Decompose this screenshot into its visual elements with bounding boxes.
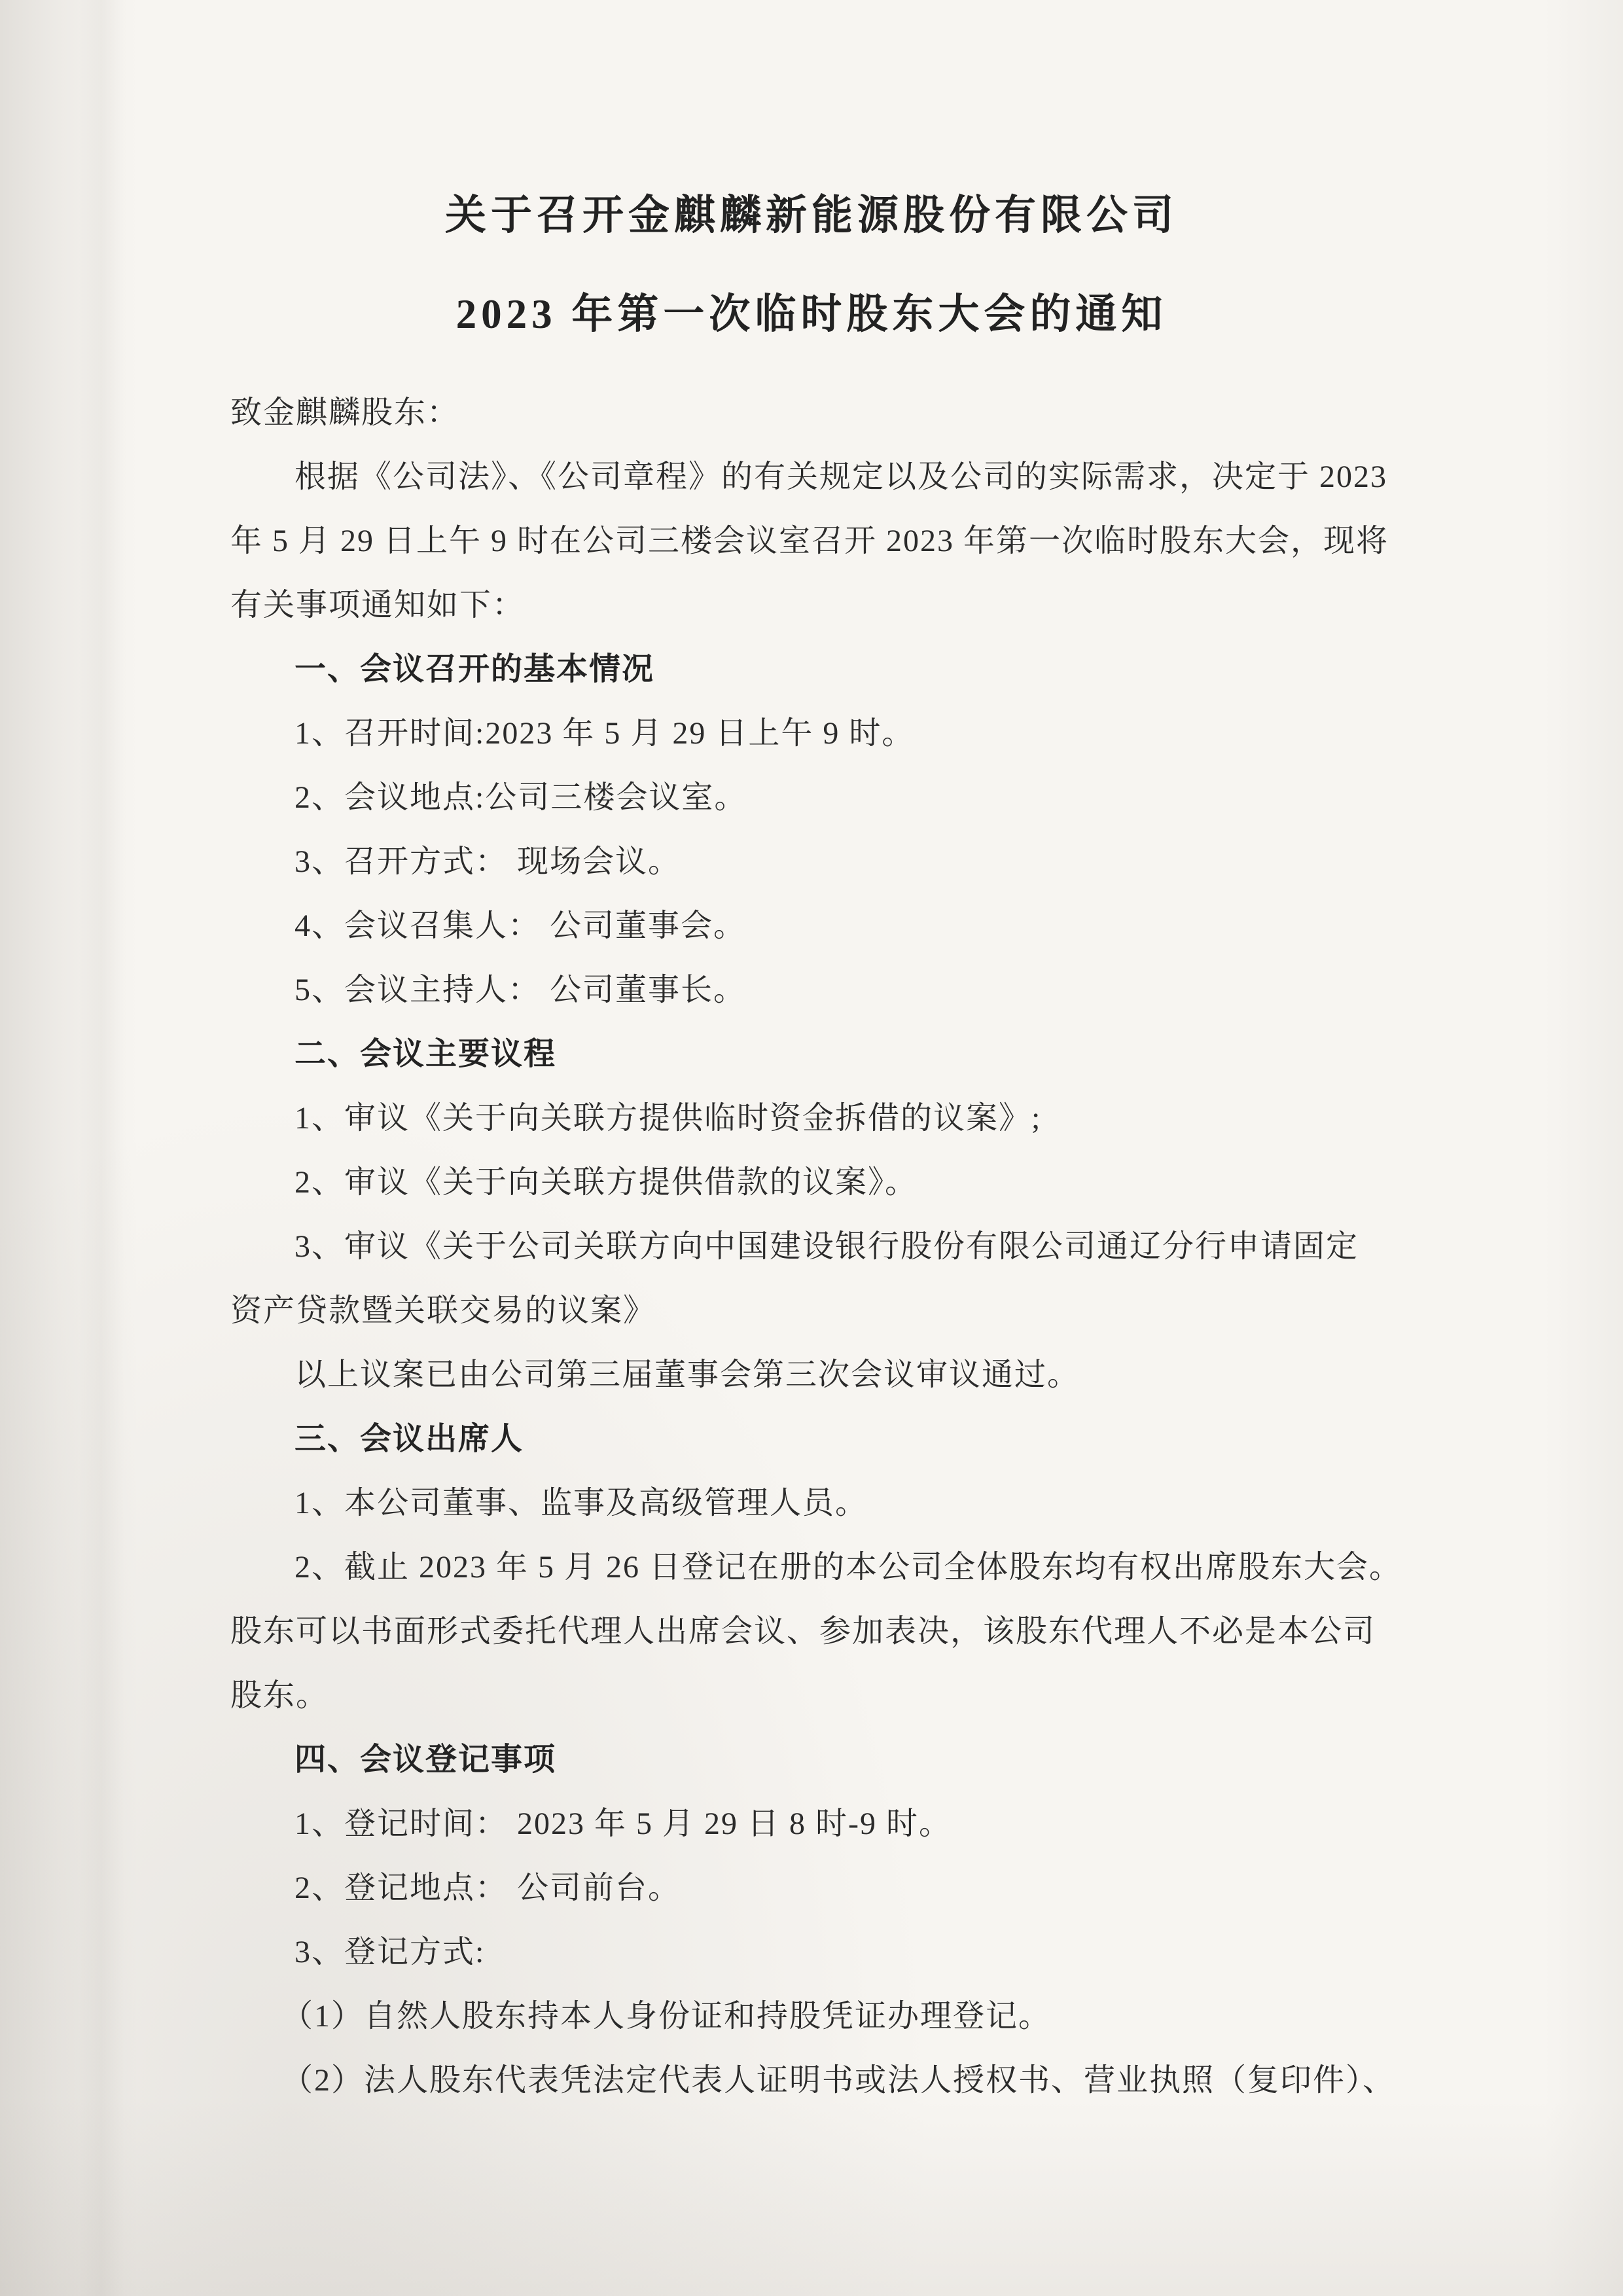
document-line: 资产贷款暨关联交易的议案》 [230, 1279, 1584, 1343]
document-line: 2、审议《关于向关联方提供借款的议案》。 [230, 1151, 1584, 1215]
document-line: 4、会议召集人： 公司董事会。 [230, 894, 1584, 958]
greeting-line: 致金麒麟股东： [230, 381, 1584, 445]
document-line: 1、审议《关于向关联方提供临时资金拆借的议案》; [230, 1086, 1584, 1151]
document-line: 1、召开时间:2023 年 5 月 29 日上午 9 时。 [230, 702, 1584, 766]
document-line: 3、登记方式: [230, 1920, 1584, 1984]
document-line: 根据《公司法》、《公司章程》的有关规定以及公司的实际需求，决定于 2023 [230, 445, 1584, 509]
section-heading-4: 四、会议登记事项 [230, 1728, 1584, 1792]
document-title-line2: 2023 年第一次临时股东大会的通知 [0, 236, 1623, 335]
document-line: 年 5 月 29 日上午 9 时在公司三楼会议室召开 2023 年第一次临时股东… [230, 509, 1584, 573]
document-line: 3、召开方式： 现场会议。 [230, 830, 1584, 894]
document-line: （2）法人股东代表凭法定代表人证明书或法人授权书、营业执照（复印件）、 [230, 2049, 1584, 2113]
document-line: 以上议案已由公司第三届董事会第三次会议审议通过。 [230, 1343, 1584, 1407]
document-line: （1）自然人股东持本人身份证和持股凭证办理登记。 [230, 1984, 1584, 2049]
document-line: 1、登记时间： 2023 年 5 月 29 日 8 时-9 时。 [230, 1792, 1584, 1856]
document-body: 致金麒麟股东： 根据《公司法》、《公司章程》的有关规定以及公司的实际需求，决定于… [0, 381, 1623, 2113]
document-line: 股东可以书面形式委托代理人出席会议、参加表决，该股东代理人不必是本公司 [230, 1600, 1584, 1664]
section-heading-1: 一、会议召开的基本情况 [230, 637, 1584, 702]
section-heading-3: 三、会议出席人 [230, 1407, 1584, 1471]
document-line: 2、截止 2023 年 5 月 26 日登记在册的本公司全体股东均有权出席股东大… [230, 1535, 1584, 1600]
document-line: 1、本公司董事、监事及高级管理人员。 [230, 1471, 1584, 1535]
document-title-line1: 关于召开金麒麟新能源股份有限公司 [0, 0, 1623, 236]
section-heading-2: 二、会议主要议程 [230, 1022, 1584, 1086]
document-line: 3、审议《关于公司关联方向中国建设银行股份有限公司通辽分行申请固定 [230, 1215, 1584, 1279]
document-line: 有关事项通知如下： [230, 573, 1584, 637]
document-line: 5、会议主持人： 公司董事长。 [230, 958, 1584, 1022]
document-line: 2、会议地点:公司三楼会议室。 [230, 766, 1584, 830]
document-line: 股东。 [230, 1664, 1584, 1728]
scanned-document-page: 关于召开金麒麟新能源股份有限公司 2023 年第一次临时股东大会的通知 致金麒麟… [0, 0, 1623, 2296]
document-line: 2、登记地点： 公司前台。 [230, 1856, 1584, 1920]
